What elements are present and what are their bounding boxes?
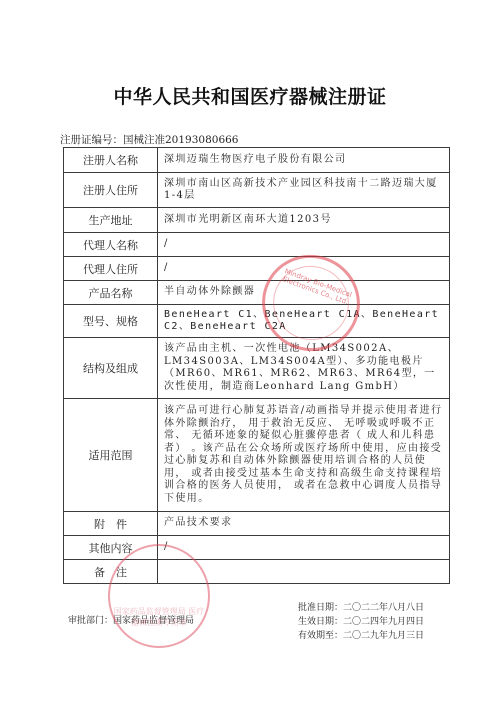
label-attachment: 附 件 [64, 512, 158, 536]
label-scope: 适用范围 [64, 399, 158, 512]
agency-seal-stamp: 国家药品监督管理局 医疗器械注册专用章 [108, 544, 210, 648]
valid-until-value: 二〇二九年九月三日 [343, 631, 424, 641]
registration-number-line: 注册证编号：国械注准20193080666 [60, 132, 239, 147]
value-registrant-name: 深圳迈瑞生物医疗电子股份有限公司 [158, 148, 450, 173]
row-other: 其他内容 / [64, 536, 450, 560]
row-registrant-address: 注册人住所 深圳市南山区高新技术产业园区科技南十二路迈瑞大厦1-4层 [64, 173, 450, 208]
label-production-address: 生产地址 [64, 208, 158, 233]
value-attachment: 产品技术要求 [158, 512, 450, 536]
label-product-name: 产品名称 [64, 281, 158, 305]
certificate-table: 注册人名称 深圳迈瑞生物医疗电子股份有限公司 注册人住所 深圳市南山区高新技术产… [63, 147, 450, 584]
row-scope: 适用范围 该产品可进行心肺复苏语音/动画指导并提示使用者进行体外除颤治疗， 用于… [64, 399, 450, 512]
value-agent-name: / [158, 233, 450, 257]
label-structure: 结构及组成 [64, 338, 158, 399]
row-agent-name: 代理人名称 / [64, 233, 450, 257]
effective-date-value: 二〇二四年九月四日 [343, 617, 424, 627]
registration-number: 国械注准20193080666 [123, 134, 239, 146]
document-title: 中华人民共和国医疗器械注册证 [0, 82, 500, 109]
approval-date-value: 二〇二二年八月八日 [343, 603, 424, 613]
row-structure: 结构及组成 该产品由主机、一次性电池（LM34S002A、LM34S003A、L… [64, 338, 450, 399]
label-model-spec: 型号、规格 [64, 305, 158, 338]
row-attachment: 附 件 产品技术要求 [64, 512, 450, 536]
row-agent-address: 代理人住所 / [64, 257, 450, 281]
label-agent-name: 代理人名称 [64, 233, 158, 257]
valid-until-label: 有效期至： [298, 631, 343, 641]
approval-date: 批准日期：二〇二二年八月八日 [298, 600, 424, 613]
label-agent-address: 代理人住所 [64, 257, 158, 281]
label-registrant-name: 注册人名称 [64, 148, 158, 173]
effective-date-label: 生效日期： [298, 617, 343, 627]
row-registrant-name: 注册人名称 深圳迈瑞生物医疗电子股份有限公司 [64, 148, 450, 173]
value-scope: 该产品可进行心肺复苏语音/动画指导并提示使用者进行体外除颤治疗， 用于救治无反应… [158, 399, 450, 512]
value-registrant-address: 深圳市南山区高新技术产业园区科技南十二路迈瑞大厦1-4层 [158, 173, 450, 208]
row-product-name: 产品名称 半自动体外除颤器 [64, 281, 450, 305]
agency-seal-text: 国家药品监督管理局 医疗器械注册专用章 [110, 606, 208, 628]
approval-department-label: 审批部门： [68, 616, 113, 626]
value-other: / [158, 536, 450, 560]
registration-number-label: 注册证编号： [60, 134, 123, 146]
row-model-spec: 型号、规格 BeneHeart C1、BeneHeart C1A、BeneHea… [64, 305, 450, 338]
value-production-address: 深圳市光明新区南环大道1203号 [158, 208, 450, 233]
effective-date: 生效日期：二〇二四年九月四日 [298, 614, 424, 627]
valid-until: 有效期至：二〇二九年九月三日 [298, 628, 424, 641]
row-production-address: 生产地址 深圳市光明新区南环大道1203号 [64, 208, 450, 233]
approval-date-label: 批准日期： [298, 603, 343, 613]
label-registrant-address: 注册人住所 [64, 173, 158, 208]
